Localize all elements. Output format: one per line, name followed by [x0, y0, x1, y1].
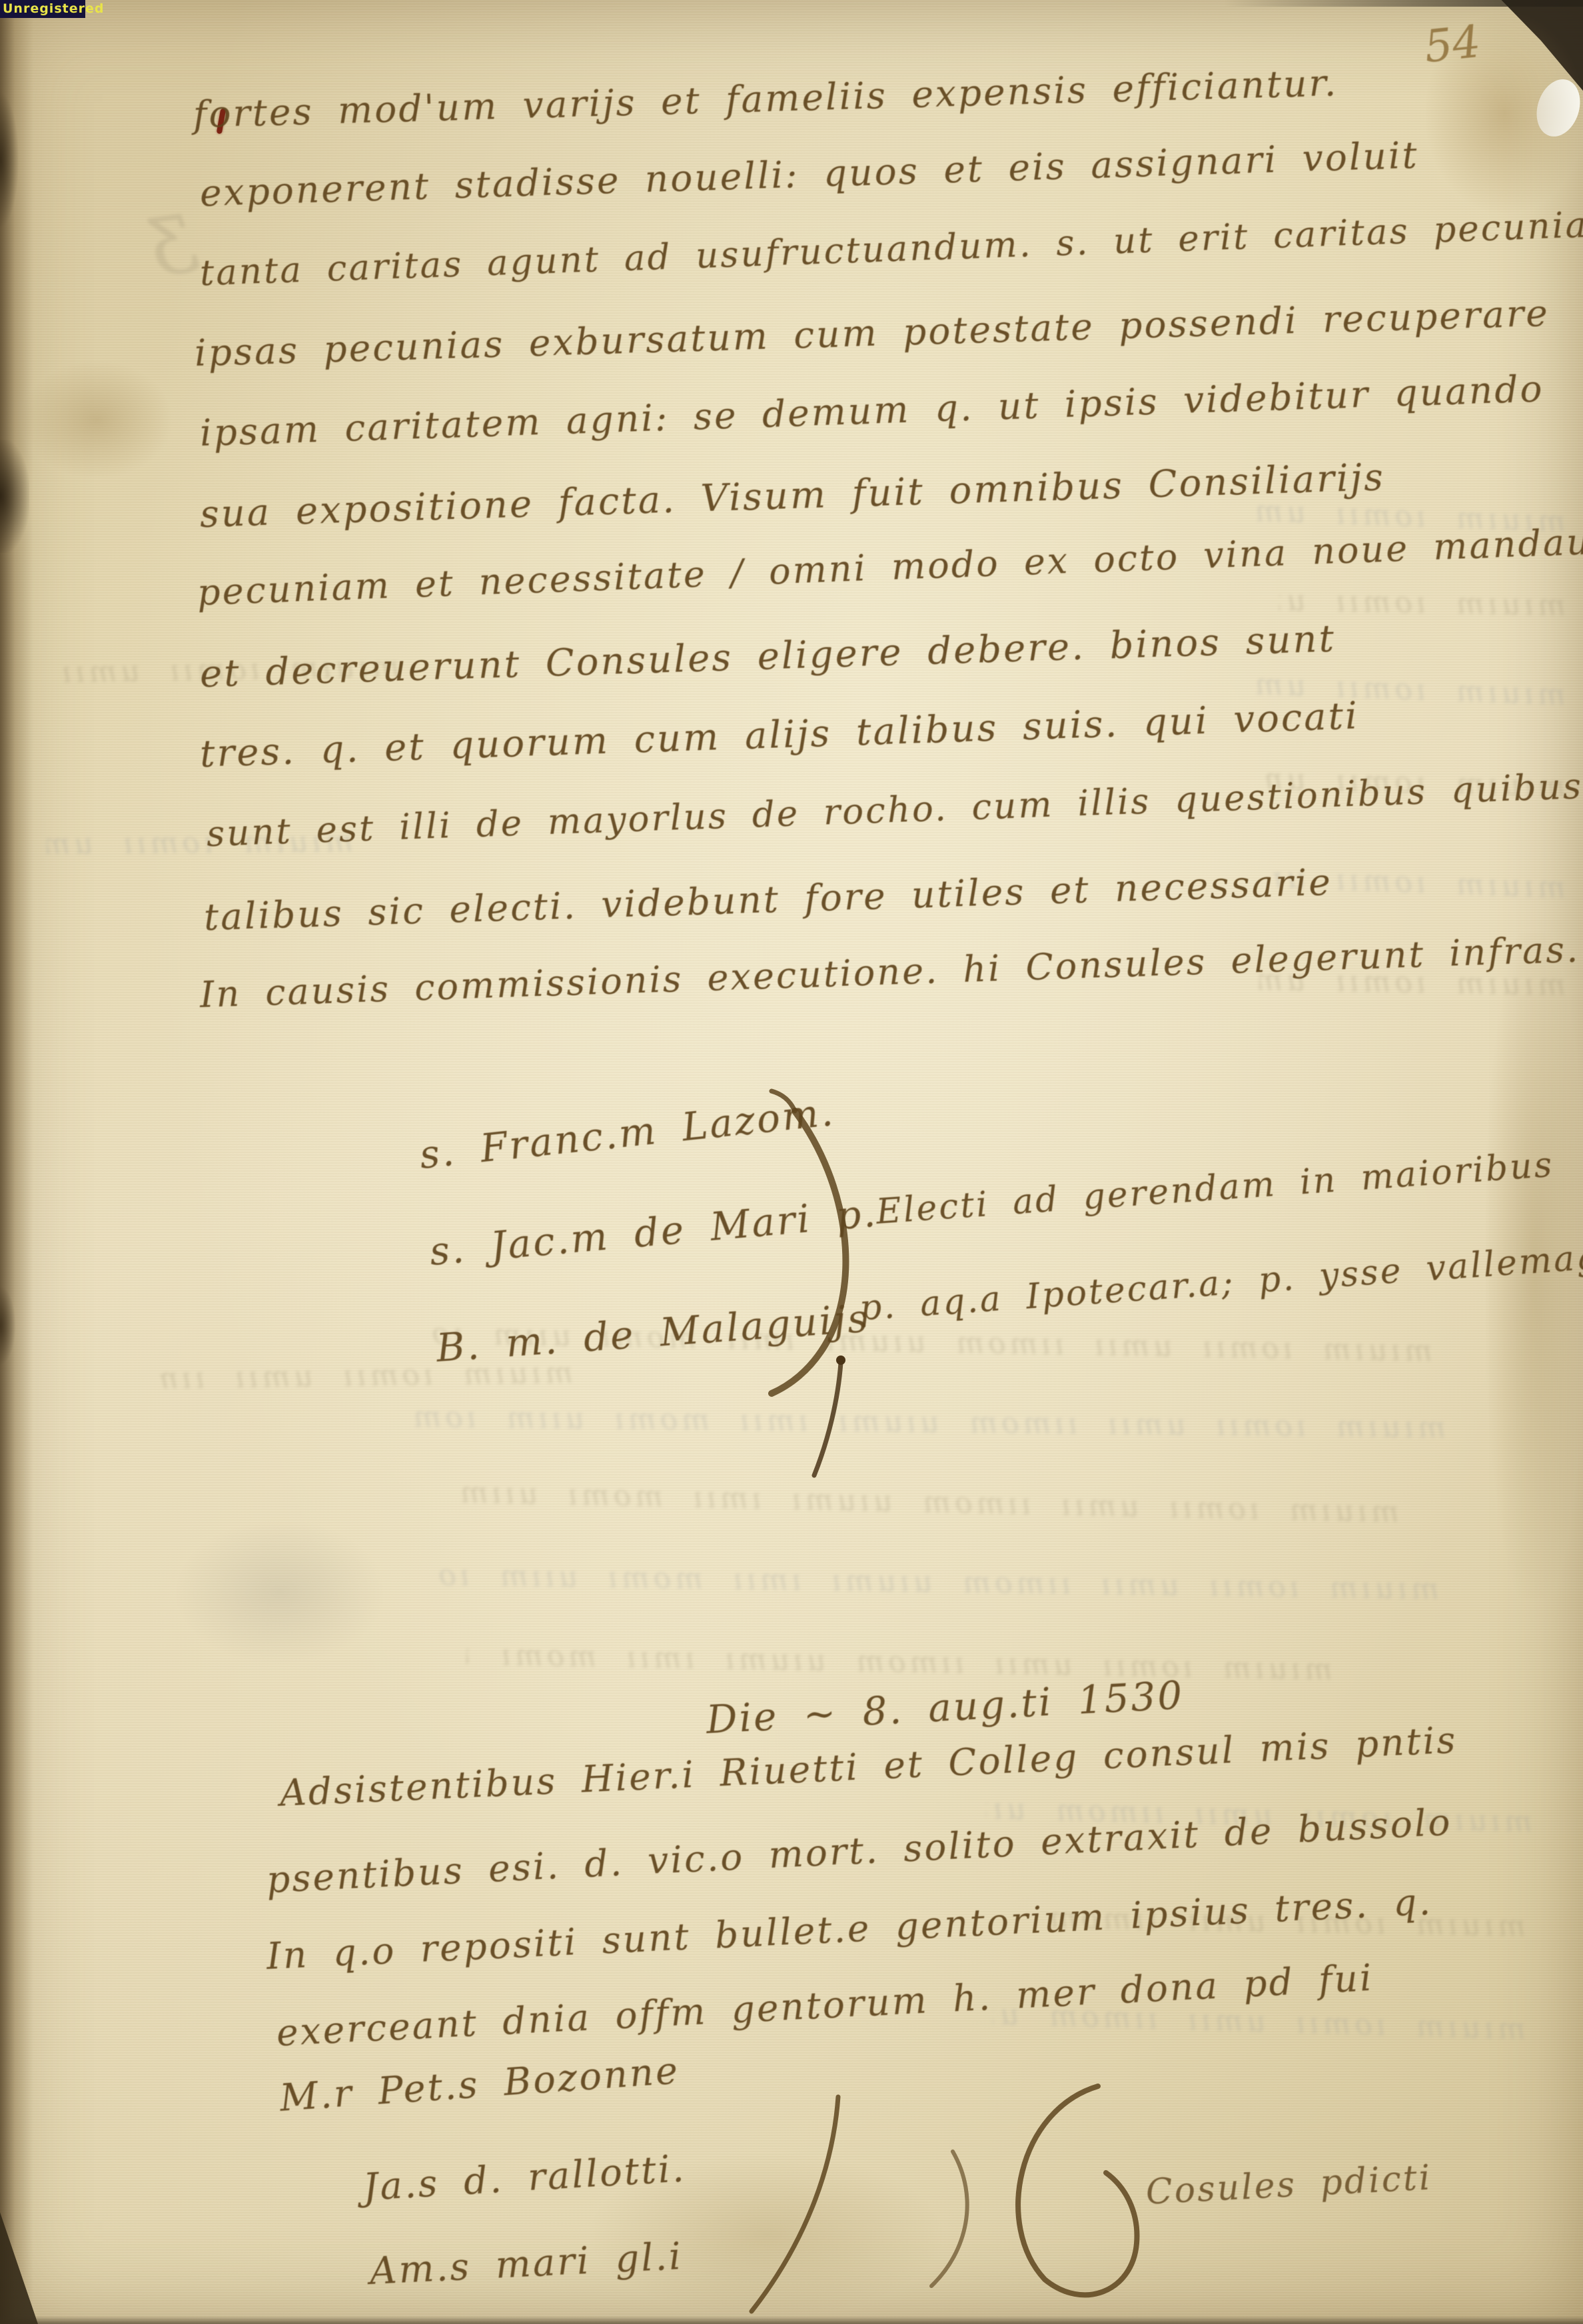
- manuscript-page: Unregistered 54 Ʒ mıuım ıomıı umıı ıımom…: [0, 0, 1583, 2324]
- entry-line: exerceant dnia offm gentorum h. mer dona…: [275, 1956, 1374, 2054]
- manuscript-line: pecuniam et necessitate / omni modo ex o…: [197, 520, 1583, 613]
- bleedthrough-line: mıuım ıomıı umıı ıımom uıumı ımıı momı u…: [413, 1400, 1446, 1445]
- paper-notch: [1530, 74, 1583, 143]
- closing-paren-flourish: [772, 1111, 845, 1393]
- entry-line: psentibus esi. d. vic.o mort. solito ext…: [265, 1800, 1452, 1901]
- manuscript-line: ipsas pecunias exbursatum cum potestate …: [194, 292, 1550, 374]
- bottom-name: M.r Pet.s Bozonne: [278, 2049, 681, 2120]
- paper-stain: [173, 1519, 386, 1665]
- corner-shadow-top-right: [1466, 0, 1583, 157]
- signature-flourish: [1018, 2086, 1137, 2295]
- manuscript-line: sunt est illi de mayorlus de rocho. cum …: [206, 766, 1583, 855]
- elected-note-line: Electi ad gerendam in maioribus: [875, 1145, 1555, 1232]
- manuscript-line: exponerent stadisse nouelli: quos et eis…: [199, 134, 1419, 214]
- bleedthrough-line: mıuım ıomıı umıı ıımom uıumı ımıı momı u…: [440, 1559, 1440, 1607]
- scan-edge-bottom: [0, 2316, 1583, 2324]
- manuscript-line: ipsam caritatem agni: se demum q. ut ips…: [199, 367, 1545, 454]
- manuscript-line: In causis commissionis executione. hi Co…: [199, 928, 1580, 1016]
- elected-name: s. Jac.m de Mari p.: [428, 1190, 879, 1274]
- bottom-right-note: Cosules pdicti: [1145, 2158, 1432, 2213]
- unregistered-watermark: Unregistered: [0, 0, 85, 18]
- bleedthrough-flourish: Ʒ: [57, 198, 202, 308]
- manuscript-line: sua expositione facta. Visum fuit omnibu…: [199, 456, 1386, 536]
- bottom-name: Ja.s d. rallotti.: [362, 2147, 687, 2209]
- bottom-name: Am.s mari gl.i: [368, 2235, 684, 2293]
- elected-note-line: p. aq.a Ipotecar.a; p. ysse vallemag.a: [858, 1235, 1583, 1329]
- elected-name: B. m. de Malaguijs: [435, 1296, 871, 1371]
- manuscript-line: tanta caritas agunt ad usufructuandum. s…: [199, 202, 1583, 294]
- date-line: Die ~ 8. aug.ti 1530: [705, 1672, 1185, 1742]
- manuscript-line: fortes mod'um varijs et fameliis expensi…: [193, 61, 1338, 136]
- manuscript-line: talibus sic electi. videbunt fore utiles…: [203, 861, 1333, 939]
- bleedthrough-line: mıuım ıomıı umıı ıımom uıumı ımıı momı u…: [1279, 583, 1566, 622]
- bleedthrough-line: mıuım ıomıı umıı ıımom uıumı ımıı momı u…: [466, 1638, 1333, 1687]
- paper-stain: [20, 360, 173, 480]
- manuscript-line: et decreuerunt Consules eligere debere. …: [199, 617, 1336, 696]
- elected-name: s. Franc.m Lazom.: [417, 1089, 837, 1178]
- bleedthrough-line: mıuım ıomıı umıı ıımom uıumı ımıı momı u…: [453, 1475, 1400, 1529]
- binding-edge: [0, 0, 33, 2324]
- folio-number: 54: [1422, 16, 1483, 73]
- manuscript-line: tres. q. et quorum cum alijs talibus sui…: [199, 694, 1360, 776]
- scan-edge-top: [1223, 0, 1583, 7]
